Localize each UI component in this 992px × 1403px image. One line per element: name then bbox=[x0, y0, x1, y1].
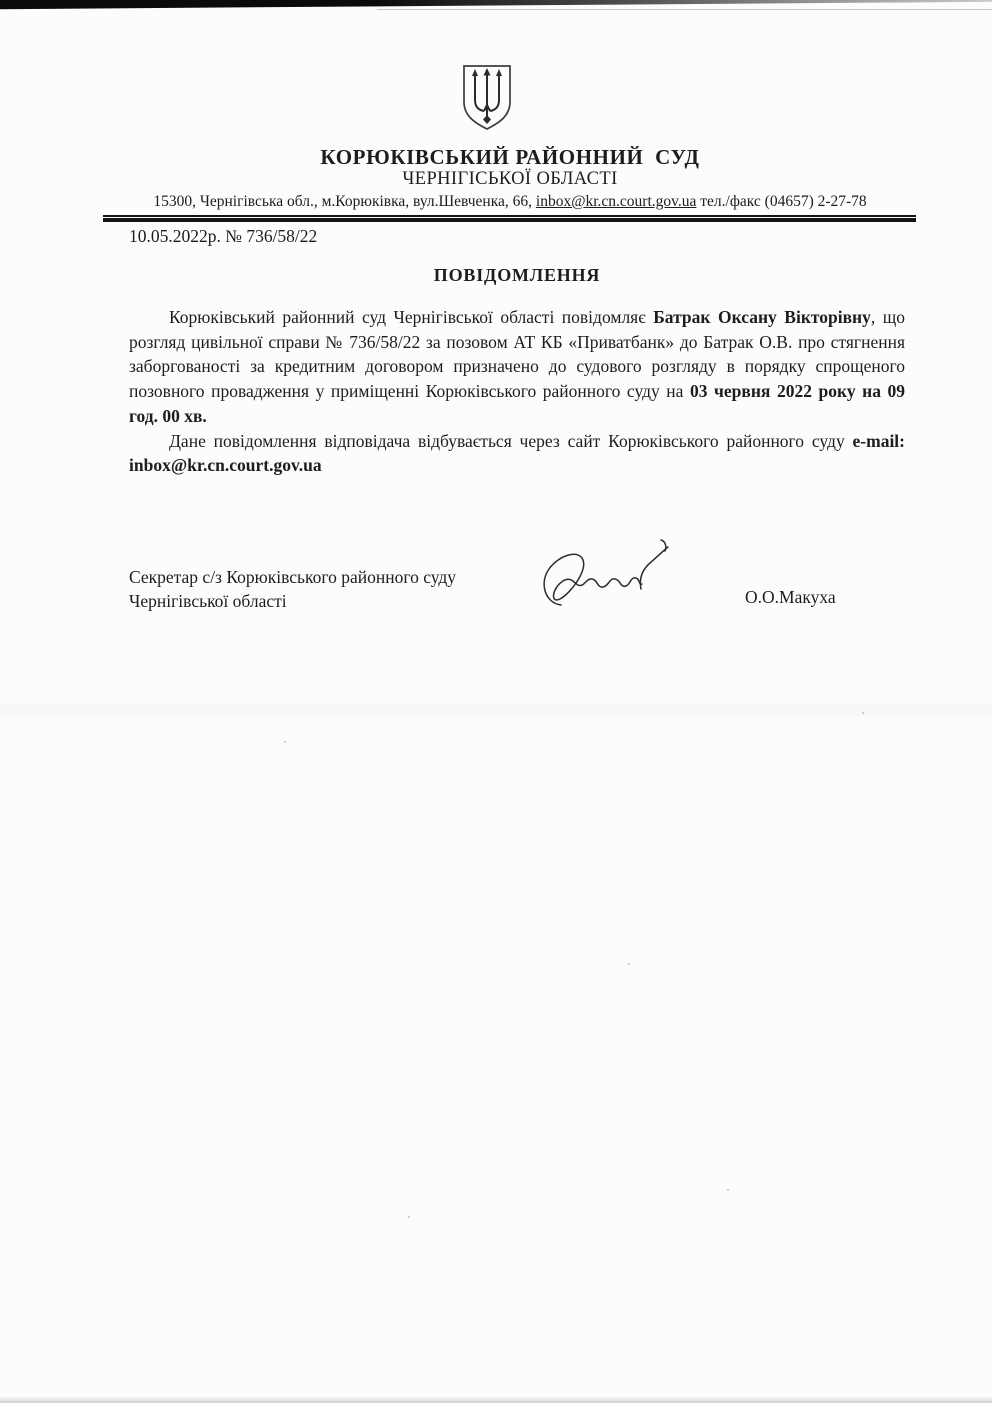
ukraine-trident-emblem bbox=[460, 64, 514, 132]
court-email: inbox@kr.cn.court.gov.ua bbox=[536, 193, 697, 210]
court-region: ЧЕРНІГІСЬКОЇ ОБЛАСТІ bbox=[104, 169, 916, 190]
scan-speck bbox=[862, 712, 864, 714]
scan-speck bbox=[727, 1189, 729, 1191]
court-name: КОРЮКІВСЬКИЙ РАЙОННИЙ СУД bbox=[104, 145, 916, 170]
body-paragraph-1: Корюківський районний суд Чернігівської … bbox=[129, 305, 905, 429]
signatory-name: О.О.Макуха bbox=[745, 587, 836, 608]
court-address-line: 15300, Чернігівська обл., м.Корюківка, в… bbox=[104, 193, 916, 211]
scanned-document-page: КОРЮКІВСЬКИЙ РАЙОННИЙ СУД ЧЕРНІГІСЬКОЇ О… bbox=[0, 0, 992, 1403]
signatory-role: Секретар с/з Корюківського районного суд… bbox=[129, 565, 456, 613]
court-address-prefix: 15300, Чернігівська обл., м.Корюківка, в… bbox=[153, 193, 536, 210]
scan-speck bbox=[628, 963, 630, 965]
scan-speck bbox=[284, 741, 286, 743]
header-divider-rule bbox=[103, 215, 916, 222]
court-address-suffix: тел./факс (04657) 2-27-78 bbox=[696, 193, 866, 210]
scan-artifact-top-line bbox=[377, 9, 992, 10]
handwritten-signature bbox=[533, 527, 669, 615]
body-paragraph-2: Дане повідомлення відповідача відбуваєть… bbox=[129, 429, 905, 478]
reference-date-number: 10.05.2022р. № 736/58/22 bbox=[129, 226, 317, 247]
scan-speck bbox=[408, 1216, 410, 1218]
paper-fold-line bbox=[0, 704, 992, 716]
signatory-role-line-2: Чернігівської області bbox=[129, 589, 456, 613]
signatory-role-line-1: Секретар с/з Корюківського районного суд… bbox=[129, 565, 456, 589]
document-title: ПОВІДОМЛЕННЯ bbox=[129, 265, 951, 286]
document-body: Корюківський районний суд Чернігівської … bbox=[129, 305, 905, 478]
scan-artifact-bottom-edge bbox=[0, 1396, 992, 1403]
